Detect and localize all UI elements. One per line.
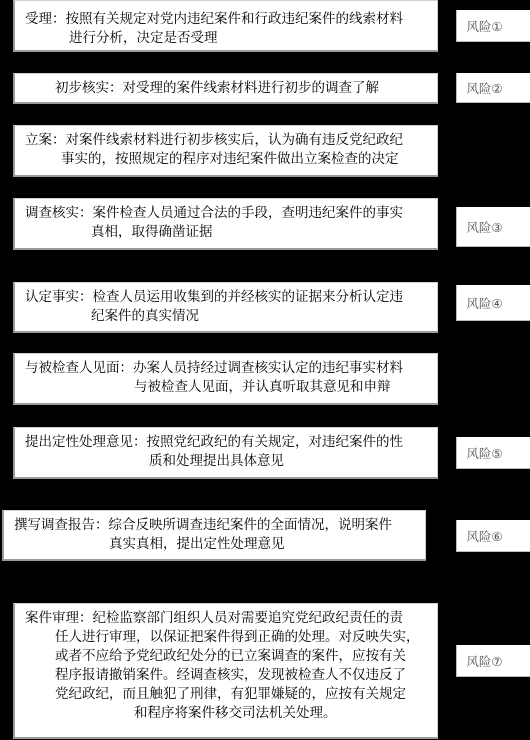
step-box-preliminary-check: 初步核实：对受理的案件线索材料进行初步的调查了解 xyxy=(13,73,438,104)
step-text-line: 事实的，按照规定的程序对违纪案件做出立案检查的决定 xyxy=(25,150,427,169)
step-text-line: 任人进行审理，以保证把案件得到正确的处理。对反映失实， xyxy=(25,628,427,647)
risk-label-4: 风险④ xyxy=(456,285,530,321)
step-box-investigation: 调查核实：案件检查人员通过合法的手段，查明违纪案件的事实 真相，取得确凿证据 xyxy=(13,198,438,250)
step-text-line: 或者不应给予党纪政纪处分的已立案调查的案件，应按有关 xyxy=(25,647,427,666)
step-text-line: 程序报请撤销案件。经调查核实，发现被检查人不仅违反了 xyxy=(25,666,427,685)
step-box-investigation-report: 撰写调查报告：综合反映所调查违纪案件的全面情况，说明案件 真实真相，提出定性处理… xyxy=(2,510,426,561)
step-text-line: 真实真相，提出定性处理意见 xyxy=(14,535,415,554)
step-text-line: 与被检查人见面：办案人员持经过调查核实认定的违纪事实材料 xyxy=(25,357,427,378)
step-text-line: 纪案件的真实情况 xyxy=(25,307,427,326)
step-text-line: 质和处理提出具体意见 xyxy=(25,452,427,471)
step-text-line: 进行分析，决定是否受理 xyxy=(25,29,427,48)
step-text-line: 提出定性处理意见：按照党纪政纪的有关规定，对违纪案件的性 xyxy=(25,431,427,452)
step-text-line: 受理：按照有关规定对党内违纪案件和行政违纪案件的线索材料 xyxy=(25,4,427,29)
step-text-line: 调查核实：案件检查人员通过合法的手段，查明违纪案件的事实 xyxy=(25,202,427,223)
risk-label-6: 风险⑥ xyxy=(456,520,530,552)
risk-label-7: 风险⑦ xyxy=(456,645,530,677)
step-text-line: 和程序将案件移交司法机关处理。 xyxy=(25,704,427,723)
step-text-line: 与被检查人见面，并认真听取其意见和申辩 xyxy=(25,378,427,397)
risk-label-3: 风险③ xyxy=(456,207,530,247)
risk-label-5: 风险⑤ xyxy=(456,437,530,469)
step-box-case-review: 案件审理：纪检监察部门组织人员对需要追究党纪政纪责任的责 任人进行审理，以保证把… xyxy=(13,603,438,739)
risk-label-1: 风险① xyxy=(456,10,530,42)
step-box-meet-subject: 与被检查人见面：办案人员持经过调查核实认定的违纪事实材料 与被检查人见面，并认真… xyxy=(13,353,438,405)
step-text-line: 党纪政纪，而且触犯了刑律，有犯罪嫌疑的，应按有关规定 xyxy=(25,685,427,704)
step-text-line: 真相，取得确凿证据 xyxy=(25,223,427,242)
step-box-accept: 受理：按照有关规定对党内违纪案件和行政违纪案件的线索材料 进行分析，决定是否受理 xyxy=(13,0,438,52)
step-box-case-filing: 立案：对案件线索材料进行初步核实后，认为确有违反党纪政纪 事实的，按照规定的程序… xyxy=(13,125,438,177)
step-text-line: 案件审理：纪检监察部门组织人员对需要追究党纪政纪责任的责 xyxy=(25,607,427,628)
step-text-line: 初步核实：对受理的案件线索材料进行初步的调查了解 xyxy=(25,77,427,98)
step-text-line: 认定事实：检查人员运用收集到的并经核实的证据来分析认定违 xyxy=(25,286,427,307)
step-box-handling-opinion: 提出定性处理意见：按照党纪政纪的有关规定，对违纪案件的性 质和处理提出具体意见 xyxy=(13,427,438,479)
step-text-line: 撰写调查报告：综合反映所调查违纪案件的全面情况，说明案件 xyxy=(14,514,415,535)
risk-label-2: 风险② xyxy=(456,73,530,103)
step-text-line: 立案：对案件线索材料进行初步核实后，认为确有违反党纪政纪 xyxy=(25,129,427,150)
step-box-fact-determination: 认定事实：检查人员运用收集到的并经核实的证据来分析认定违 纪案件的真实情况 xyxy=(13,282,438,333)
